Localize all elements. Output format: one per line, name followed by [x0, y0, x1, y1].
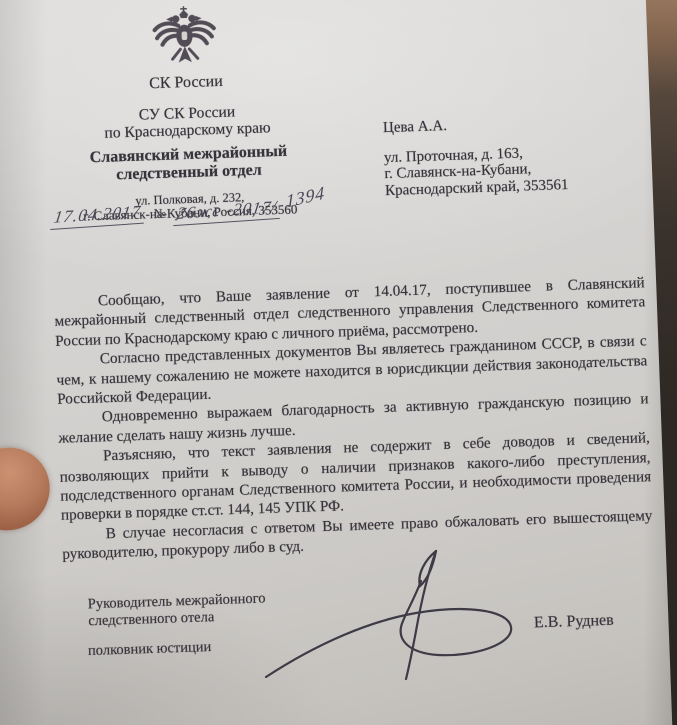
number-sign: №: [154, 206, 167, 221]
recipient-block: Цева А.А. ул. Проточная, д. 163, г. Слав…: [383, 112, 635, 199]
signature-icon: [258, 545, 538, 685]
handwritten-date: 17.04.2017: [50, 202, 146, 230]
signatory-name: Е.В. Руднев: [534, 612, 614, 633]
photo-of-letter: СК России СУ СК России по Краснодарскому…: [0, 0, 677, 725]
letter-body: Сообщаю, что Ваше заявление от 14.04.17,…: [54, 273, 654, 564]
org-name-sk-russia: СК России: [35, 69, 337, 97]
handwritten-number: 26жс -2017/: [174, 197, 283, 226]
signatory-rank: полковник юстиции: [88, 639, 212, 660]
paper-sheet: СК России СУ СК России по Краснодарскому…: [0, 0, 677, 725]
recipient-name: Цева А.А.: [383, 112, 633, 136]
coat-of-arms-icon: [146, 5, 222, 71]
